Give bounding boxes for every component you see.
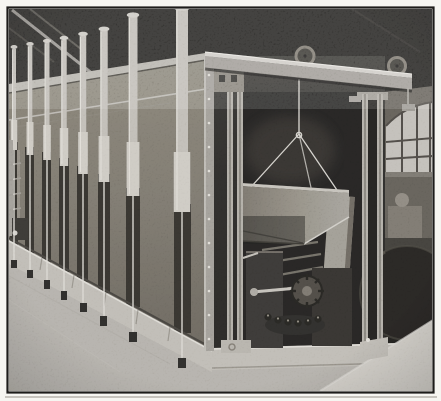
furnace-photograph — [0, 0, 441, 401]
grain-overlay — [9, 9, 432, 391]
photo-scene — [9, 5, 441, 391]
photo-page — [0, 0, 441, 401]
